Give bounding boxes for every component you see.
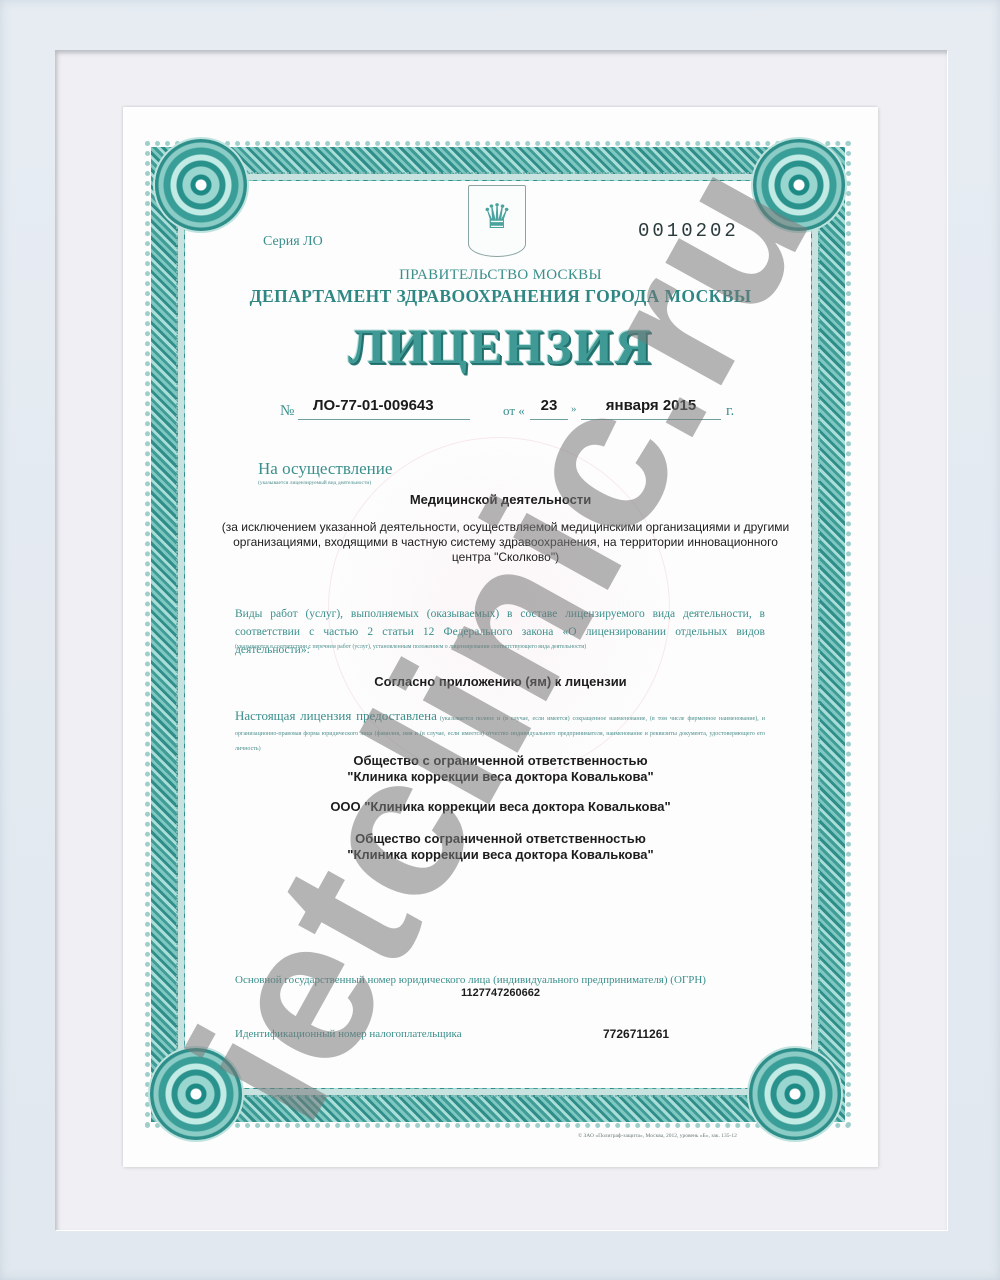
issuer-department: ДЕПАРТАМЕНТ ЗДРАВООХРАНЕНИЯ ГОРОДА МОСКВ… <box>123 286 878 307</box>
printer-note: © ЗАО «Полиграф-защита», Москва, 2012, у… <box>578 1133 737 1139</box>
purpose-label: На осуществление <box>258 459 392 479</box>
activity-exclusion: (за исключением указанной деятельности, … <box>218 520 793 565</box>
org-brand-name: Общество сограниченной ответственностью … <box>123 831 878 863</box>
works-label: Виды работ (услуг), выполняемых (оказыва… <box>235 605 765 659</box>
org-short-name: ООО "Клиника коррекции веса доктора Кова… <box>123 799 878 815</box>
date-suffix: г. <box>726 403 734 420</box>
license-number-underline <box>298 419 470 420</box>
date-quote-close: » <box>571 403 577 415</box>
activity-type: Медицинской деятельности <box>123 492 878 507</box>
org-full-line2: "Клиника коррекции веса доктора Ковалько… <box>123 769 878 785</box>
ogrn-value: 1127747260662 <box>123 987 878 999</box>
date-month-underline <box>581 419 721 420</box>
org-full-name: Общество с ограниченной ответственностью… <box>123 753 878 785</box>
coat-of-arms-frame: ♛ <box>468 185 526 257</box>
granted-block: Настоящая лицензия предоставлена (указыв… <box>235 708 765 757</box>
date-month-year: января 2015 <box>581 397 721 414</box>
inn-value: 7726711261 <box>603 1027 669 1041</box>
number-sign: № <box>280 403 294 420</box>
org-brand-line1: Общество сограниченной ответственностью <box>123 831 878 847</box>
serial-number: 0010202 <box>638 220 739 242</box>
series-label: Серия ЛО <box>263 234 323 250</box>
coat-of-arms-icon: ♛ <box>481 196 513 238</box>
date-prefix: от « <box>503 403 525 419</box>
works-caption: (указываются в соответствии с перечнем р… <box>235 644 765 650</box>
purpose-caption: (указывается лицензируемый вид деятельно… <box>258 480 371 486</box>
org-full-line1: Общество с ограниченной ответственностью <box>123 753 878 769</box>
license-document: ♛ Серия ЛО 0010202 ПРАВИТЕЛЬСТВО МОСКВЫ … <box>123 107 878 1167</box>
works-value: Согласно приложению (ям) к лицензии <box>123 674 878 689</box>
license-number: ЛО-77-01-009643 <box>298 397 470 414</box>
org-brand-line2: "Клиника коррекции веса доктора Ковалько… <box>123 847 878 863</box>
issuer-government: ПРАВИТЕЛЬСТВО МОСКВЫ <box>123 267 878 284</box>
document-content: ♛ Серия ЛО 0010202 ПРАВИТЕЛЬСТВО МОСКВЫ … <box>123 107 878 1167</box>
inn-label: Идентификационный номер налогоплательщик… <box>235 1028 462 1040</box>
date-day-underline <box>530 419 568 420</box>
ogrn-label: Основной государственный номер юридическ… <box>235 974 770 986</box>
date-day: 23 <box>530 397 568 414</box>
granted-label: Настоящая лицензия предоставлена <box>235 708 437 723</box>
document-title: ЛИЦЕНЗИЯ <box>123 317 878 375</box>
